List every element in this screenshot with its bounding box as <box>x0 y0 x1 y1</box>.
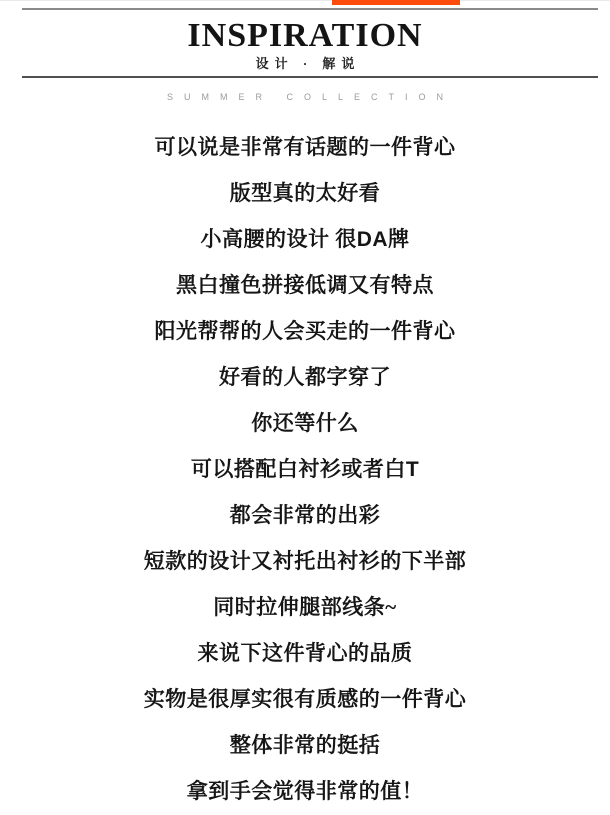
body-text-line: 同时拉伸腿部线条~ <box>0 595 610 619</box>
body-text-line: 黑白撞色拼接低调又有特点 <box>0 273 610 297</box>
body-text-line: 阳光帮帮的人会买走的一件背心 <box>0 319 610 343</box>
body-text-line: 都会非常的出彩 <box>0 503 610 527</box>
body-text-line: 短款的设计又衬托出衬衫的下半部 <box>0 549 610 573</box>
body-text-line: 拿到手会觉得非常的值！ <box>0 779 610 803</box>
body-text-line: 来说下这件背心的品质 <box>0 641 610 665</box>
body-text-line: 可以说是非常有话题的一件背心 <box>0 135 610 159</box>
collection-label: SUMMER COLLECTION <box>0 91 610 103</box>
page-subtitle: 设计 · 解说 <box>0 55 610 73</box>
body-text-line: 好看的人都字穿了 <box>0 365 610 389</box>
body-text-line: 小高腰的设计 很DA牌 <box>0 227 610 251</box>
accent-bar <box>332 0 460 5</box>
body-text-line: 版型真的太好看 <box>0 181 610 205</box>
body-text: 可以说是非常有话题的一件背心版型真的太好看小高腰的设计 很DA牌黑白撞色拼接低调… <box>0 135 610 803</box>
body-text-line: 你还等什么 <box>0 411 610 435</box>
body-text-line: 实物是很厚实很有质感的一件背心 <box>0 687 610 711</box>
poster-page: INSPIRATION 设计 · 解说 SUMMER COLLECTION 可以… <box>0 0 610 815</box>
page-title: INSPIRATION <box>0 18 610 54</box>
top-hairline-divider <box>0 0 610 1</box>
body-text-line: 可以搭配白衬衫或者白T <box>0 457 610 481</box>
header-top-rule <box>22 8 598 10</box>
header-bottom-rule <box>22 76 598 78</box>
body-text-line: 整体非常的挺括 <box>0 733 610 757</box>
